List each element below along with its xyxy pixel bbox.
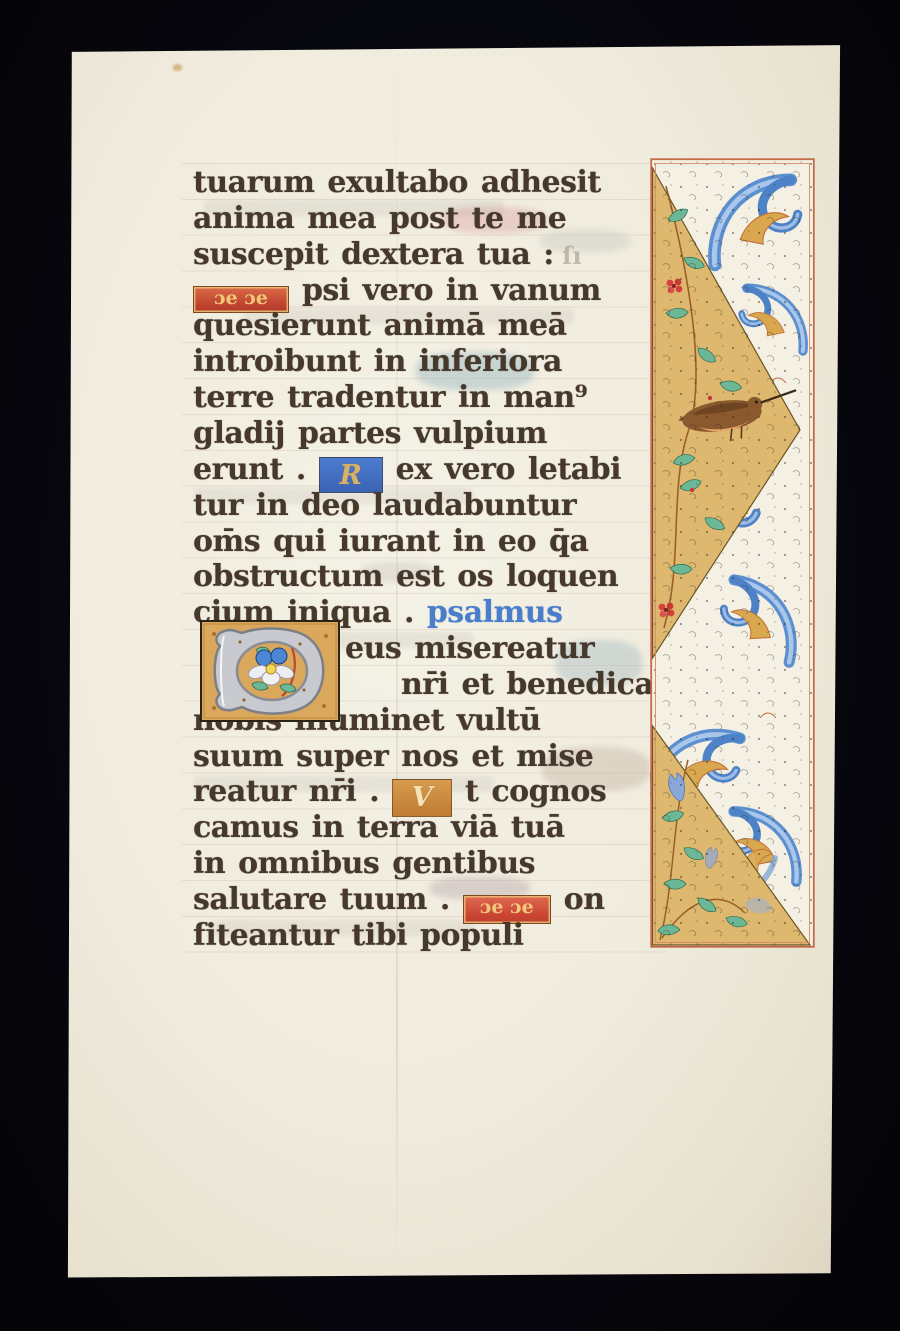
- text-line: fiteantur tibi populi: [193, 918, 524, 954]
- text-line: reatur nr̄i . V t cognos: [193, 774, 606, 810]
- manuscript-text: obstructum est os loquen: [193, 559, 618, 594]
- manuscript-text: suum super nos et mise: [193, 739, 593, 774]
- text-line: gladij partes vulpium: [193, 416, 547, 452]
- manuscript-text: erunt .: [193, 452, 319, 487]
- text-line: quesierunt animā meā: [193, 308, 567, 344]
- text-line: psi vero in vanum: [193, 273, 601, 309]
- text-line: tuarum exultabo adhesit: [193, 165, 601, 201]
- manuscript-text: suscepit dextera tua :: [193, 237, 554, 272]
- manuscript-text: reatur nr̄i .: [193, 774, 392, 809]
- manuscript-text: t cognos: [452, 774, 606, 809]
- manuscript-text: gladij partes vulpium: [193, 416, 547, 451]
- stain: [173, 64, 182, 71]
- manuscript-text: in omnibus gentibus: [193, 846, 535, 881]
- photo-background: { "colors": { "background": "#06060c", "…: [0, 0, 900, 1331]
- text-line: suum super nos et mise: [193, 739, 593, 775]
- text-line: obstructum est os loquen: [193, 559, 618, 595]
- manuscript-leaf: tuarum exultabo adhesitanima mea post te…: [64, 42, 844, 1280]
- illuminated-border: [650, 158, 815, 948]
- text-line: eus misereatur: [345, 631, 594, 667]
- text-line: erunt . R ex vero letabi: [193, 452, 621, 488]
- manuscript-text: fiteantur tibi populi: [193, 918, 524, 953]
- manuscript-text: salutare tuum .: [193, 882, 463, 917]
- manuscript-text: anima mea post te me: [193, 201, 566, 236]
- pansy-petal-blue: [256, 650, 272, 666]
- line-end-flourish: ſı: [554, 241, 582, 270]
- manuscript-text: eus misereatur: [345, 631, 594, 666]
- text-line: om̄s qui iurant in eo q̄a: [193, 524, 588, 560]
- text-line: salutare tuum . on: [193, 882, 605, 918]
- rubric-psalmus: psalmus: [427, 595, 563, 630]
- manuscript-text: tur in deo laudabuntur: [193, 488, 576, 523]
- text-line: nr̄i et benedicat: [401, 667, 667, 703]
- large-initial-D: D: [200, 620, 340, 722]
- text-line: suscepit dextera tua : ſı: [193, 237, 582, 273]
- text-line: introibunt in inferiora: [193, 344, 562, 380]
- pansy-center: [266, 664, 276, 674]
- manuscript-text: camus in terra viā tuā: [193, 810, 565, 845]
- manuscript-text: on: [551, 882, 605, 917]
- manuscript-text: introibunt in inferiora: [193, 344, 562, 379]
- manuscript-text: tuarum exultabo adhesit: [193, 165, 601, 200]
- text-line: anima mea post te me: [193, 201, 566, 237]
- ink-dot-pattern: [653, 161, 812, 945]
- manuscript-text: nr̄i et benedicat: [401, 667, 667, 702]
- text-line: camus in terra viā tuā: [193, 810, 565, 846]
- text-line: terre tradentur in man⁹: [193, 380, 587, 416]
- text-line: in omnibus gentibus: [193, 846, 535, 882]
- text-line: tur in deo laudabuntur: [193, 488, 576, 524]
- manuscript-text: om̄s qui iurant in eo q̄a: [193, 524, 588, 559]
- manuscript-text: psi vero in vanum: [289, 273, 601, 308]
- manuscript-text: quesierunt animā meā: [193, 308, 567, 343]
- pansy-petal-blue: [271, 648, 287, 664]
- manuscript-text: ex vero letabi: [383, 452, 621, 487]
- manuscript-text: terre tradentur in man⁹: [193, 380, 587, 415]
